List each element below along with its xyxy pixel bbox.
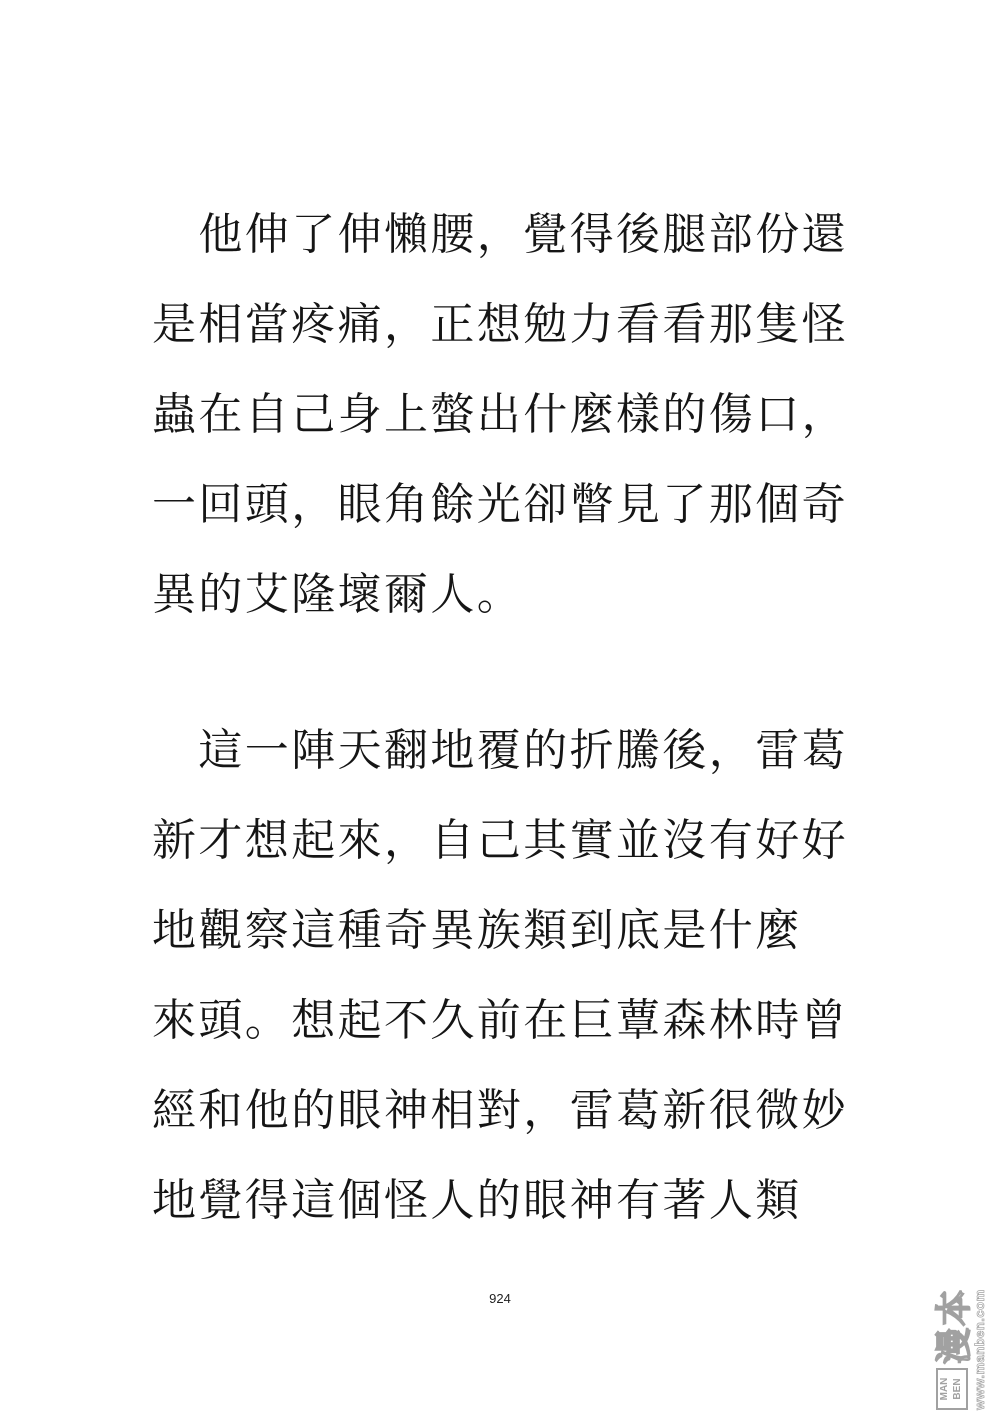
text-line: 蟲在自己身上螫出什麼樣的傷口， — [152, 370, 852, 460]
paragraph-spacer — [152, 640, 852, 706]
text-line: 地覺得這個怪人的眼神有著人類 — [152, 1156, 852, 1246]
text-line: 這一陣天翻地覆的折騰後，雷葛 — [152, 706, 852, 796]
text-line: 他伸了伸懶腰，覺得後腿部份還 — [152, 190, 852, 280]
watermark-top-row: MAN BEN 漫本 — [932, 1262, 972, 1410]
watermark-logo: MAN BEN 漫本 www.manben.com — [924, 1262, 994, 1410]
page-number: 924 — [0, 1291, 1000, 1306]
text-line: 異的艾隆壞爾人。 — [152, 550, 852, 640]
text-line: 經和他的眼神相對，雷葛新很微妙 — [152, 1066, 852, 1156]
text-line: 來頭。想起不久前在巨蕈森林時曾 — [152, 976, 852, 1066]
watermark-logo-text: 漫本 — [926, 1288, 977, 1364]
text-line: 一回頭，眼角餘光卻瞥見了那個奇 — [152, 460, 852, 550]
watermark-box-line1: MAN — [938, 1370, 951, 1408]
watermark-box: MAN BEN — [936, 1368, 968, 1410]
body-text: 他伸了伸懶腰，覺得後腿部份還 是相當疼痛，正想勉力看看那隻怪 蟲在自己身上螫出什… — [152, 190, 852, 1246]
watermark-box-line2: BEN — [951, 1370, 964, 1408]
paragraph-1: 他伸了伸懶腰，覺得後腿部份還 是相當疼痛，正想勉力看看那隻怪 蟲在自己身上螫出什… — [152, 190, 852, 640]
text-line: 是相當疼痛，正想勉力看看那隻怪 — [152, 280, 852, 370]
text-line: 新才想起來，自己其實並沒有好好 — [152, 796, 852, 886]
watermark-rotated: MAN BEN 漫本 www.manben.com — [926, 1262, 992, 1410]
paragraph-2: 這一陣天翻地覆的折騰後，雷葛 新才想起來，自己其實並沒有好好 地觀察這種奇異族類… — [152, 706, 852, 1246]
text-line: 地觀察這種奇異族類到底是什麼 — [152, 886, 852, 976]
watermark-url: www.manben.com — [972, 1262, 987, 1410]
book-page: 他伸了伸懶腰，覺得後腿部份還 是相當疼痛，正想勉力看看那隻怪 蟲在自己身上螫出什… — [0, 0, 1000, 1414]
